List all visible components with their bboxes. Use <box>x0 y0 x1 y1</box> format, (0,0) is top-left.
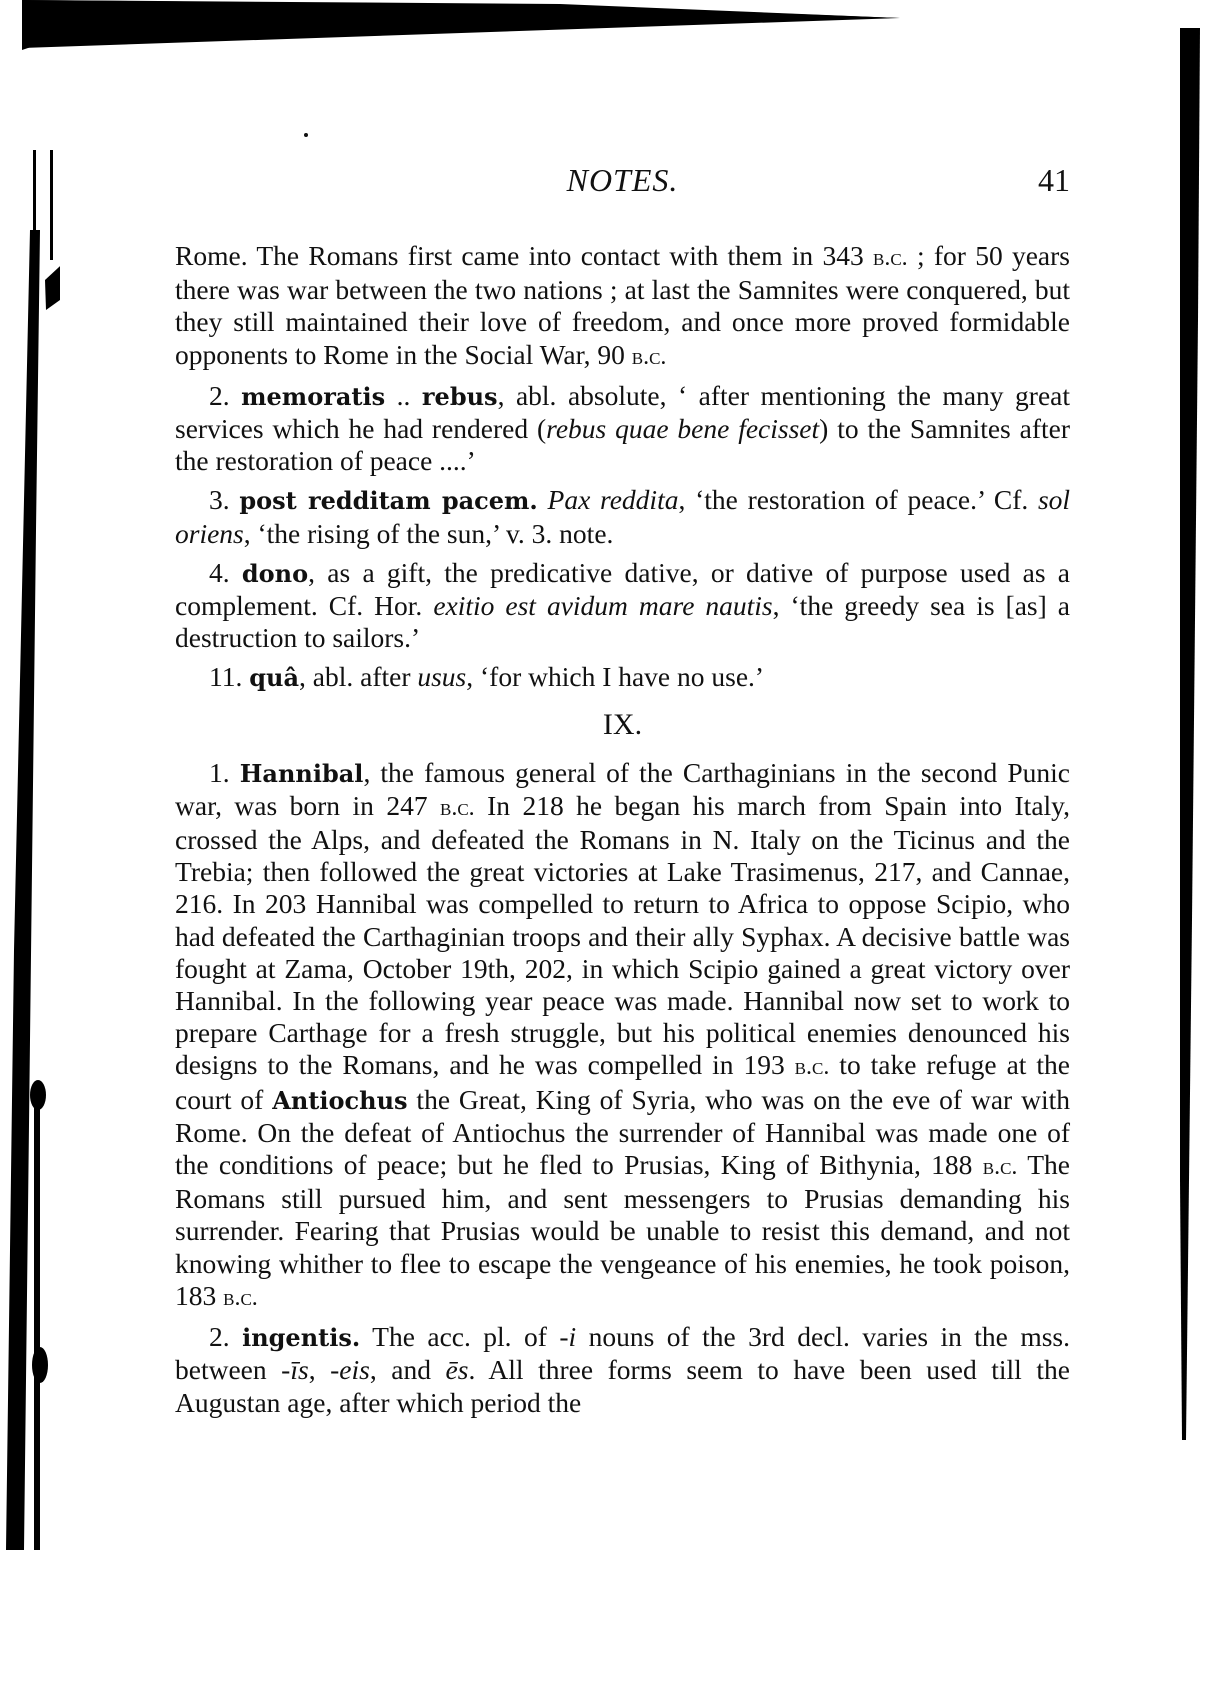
text-run: 2. <box>209 380 241 411</box>
italic-text: ēs <box>446 1354 469 1385</box>
lemma: memoratis <box>241 382 385 411</box>
text-run: Rome. The Romans first came into contact… <box>175 240 873 271</box>
lemma: Hannibal <box>240 759 364 788</box>
note-2-memoratis: 2. memoratis .. rebus, abl. absolute, ‘ … <box>175 380 1070 478</box>
note-11-qua: 11. quâ, abl. after usus, ‘for which I h… <box>175 661 1070 694</box>
running-title: NOTES. <box>175 160 1070 200</box>
scan-edge-left <box>0 150 60 1550</box>
running-head: NOTES. 41 <box>175 160 1070 200</box>
scan-edge-right <box>1180 20 1210 1440</box>
lemma: post redditam pacem. <box>239 486 537 515</box>
notes-body: Rome. The Romans first came into contact… <box>175 240 1070 1426</box>
text-run: 2. <box>209 1321 242 1352</box>
text-run: 4. <box>209 557 242 588</box>
note-2-ingentis: 2. ingentis. The acc. pl. of -i nouns of… <box>175 1321 1070 1419</box>
lemma: quâ <box>249 663 299 692</box>
text-run: 11. <box>209 661 249 692</box>
text-run: , ‘the rising of the sun,’ v. 3. note. <box>244 518 614 549</box>
stray-mark <box>304 133 308 137</box>
italic-text: usus <box>417 661 466 692</box>
era-abbrev: b.c. <box>632 344 667 370</box>
text-run: , and <box>370 1354 446 1385</box>
era-abbrev: b.c. <box>440 795 475 821</box>
era-abbrev: b.c. <box>873 245 908 271</box>
text-run: 1. <box>209 757 240 788</box>
scan-edge-top <box>0 0 1222 60</box>
italic-text: eis <box>339 1354 370 1385</box>
era-abbrev: b.c. <box>795 1054 830 1080</box>
note-3-post-redditam-pacem: 3. post redditam pacem. Pax reddita, ‘th… <box>175 484 1070 549</box>
note-4-dono: 4. dono, as a gift, the predicative dati… <box>175 557 1070 655</box>
text-run: , ‘for which I have no use.’ <box>466 661 764 692</box>
italic-text: i <box>569 1321 577 1352</box>
italic-text: īs <box>290 1354 308 1385</box>
lemma: rebus <box>422 382 498 411</box>
text-run: The acc. pl. of - <box>360 1321 568 1352</box>
text-run: .. <box>385 380 422 411</box>
page-number: 41 <box>1038 160 1070 200</box>
note-1-hannibal: 1. Hannibal, the famous general of the C… <box>175 757 1070 1314</box>
text-run <box>538 484 548 515</box>
lemma: dono <box>242 559 308 588</box>
italic-text: Pax reddita <box>548 484 679 515</box>
text-run: , - <box>309 1354 340 1385</box>
section-heading: IX. <box>175 705 1070 745</box>
italic-text: exitio est avidum mare nautis <box>433 590 772 621</box>
text-run: , ‘the restoration of peace.’ Cf. <box>678 484 1038 515</box>
lemma: ingentis. <box>242 1323 360 1352</box>
text-run: 3. <box>209 484 239 515</box>
era-abbrev: b.c. <box>223 1285 258 1311</box>
lemma: Antiochus <box>272 1086 407 1115</box>
era-abbrev: b.c. <box>983 1154 1018 1180</box>
italic-text: rebus quae bene fecisset <box>546 413 819 444</box>
text-run: , abl. after <box>299 661 417 692</box>
note-paragraph: Rome. The Romans first came into contact… <box>175 240 1070 373</box>
text-run: In 218 he began his march from Spain int… <box>175 790 1070 1081</box>
